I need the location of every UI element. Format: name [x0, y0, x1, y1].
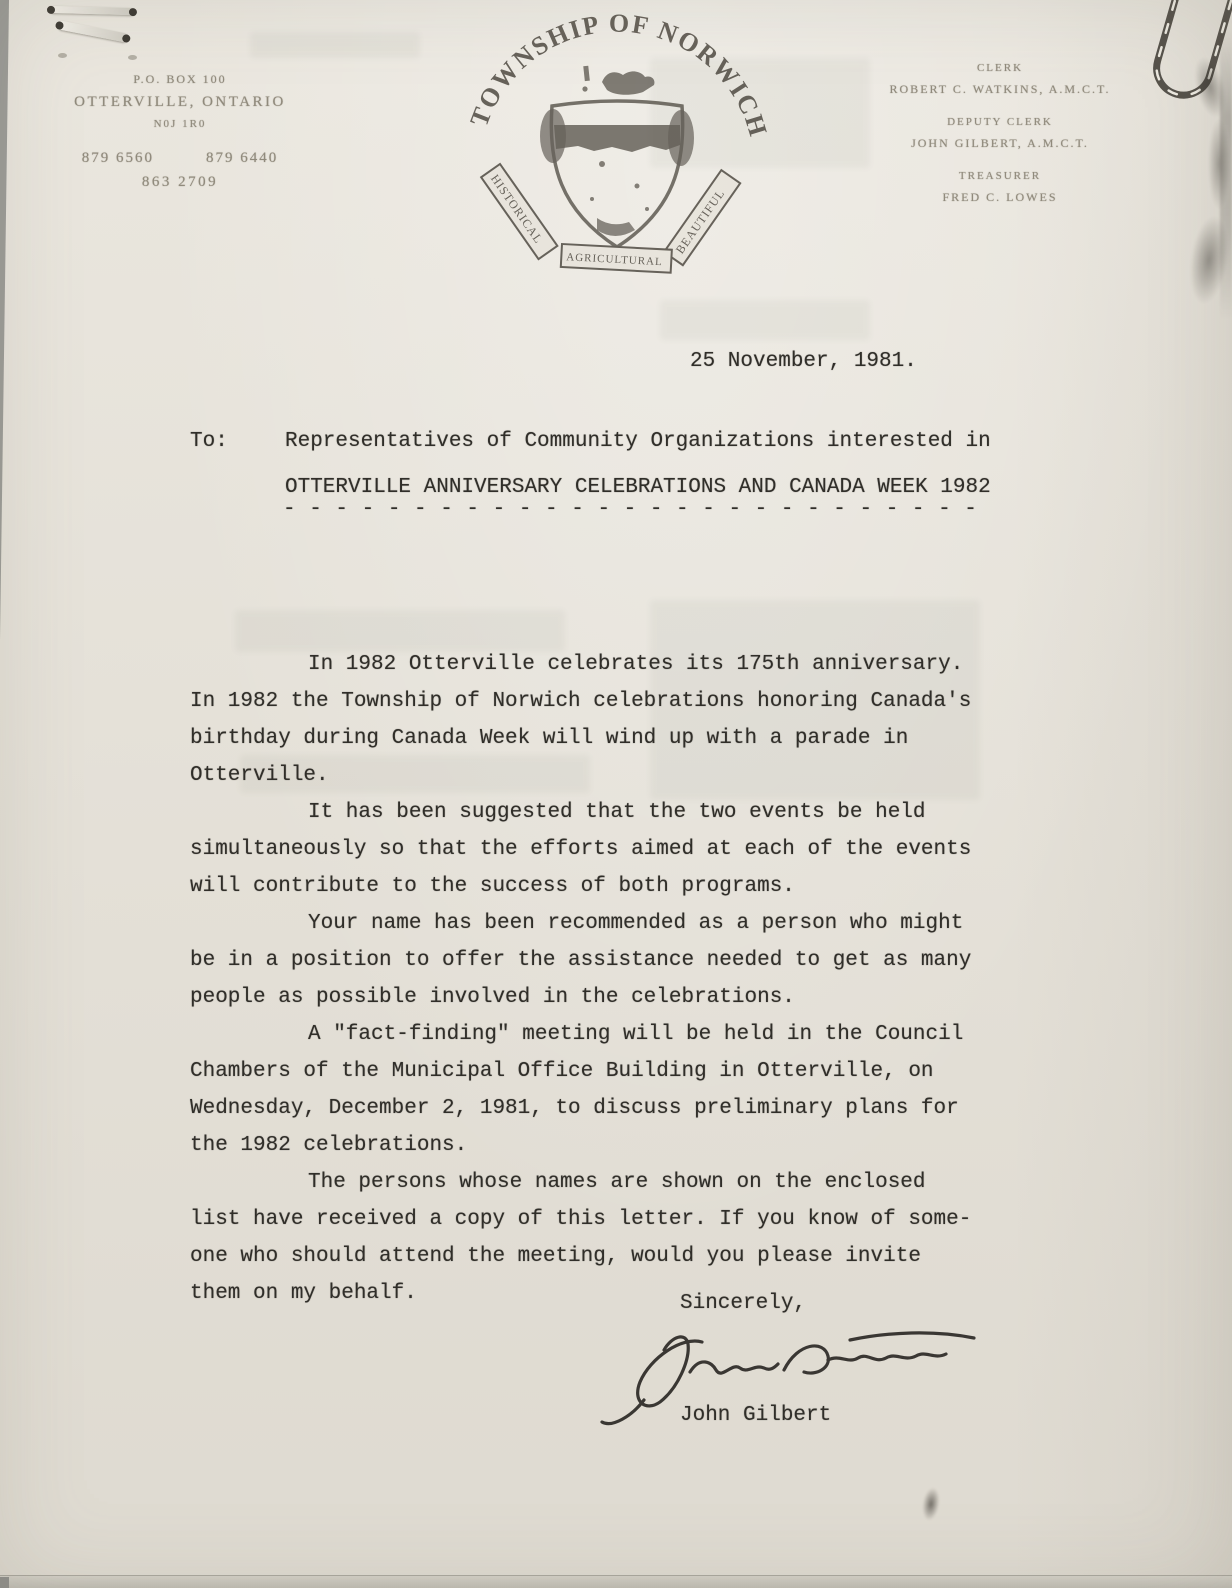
- crest-ribbon-right: BEAUTIFUL: [673, 186, 728, 256]
- subject-line: OTTERVILLE ANNIVERSARY CELEBRATIONS AND …: [285, 476, 991, 499]
- clerk-title: CLERK: [830, 58, 1170, 78]
- crest-ribbon-left: HISTORICAL: [488, 172, 546, 246]
- body-line: A "fact-finding" meeting will be held in…: [190, 1016, 1020, 1053]
- crest-shield: [540, 101, 694, 247]
- crest-ribbon: HISTORICAL BEAUTIFUL AGRICULTURAL: [481, 164, 740, 273]
- body-line: In 1982 Otterville celebrates its 175th …: [190, 646, 1020, 683]
- body-line: simultaneously so that the efforts aimed…: [190, 831, 1020, 868]
- page-bottom-edge: [0, 1575, 1232, 1588]
- deputy-clerk-name: JOHN GILBERT, A.M.C.T.: [830, 132, 1170, 154]
- body-line: will contribute to the success of both p…: [190, 868, 1020, 905]
- subject-underline: - - - - - - - - - - - - - - - - - - - - …: [283, 498, 977, 521]
- body-line: Your name has been recommended as a pers…: [190, 905, 1020, 942]
- letter-body: In 1982 Otterville celebrates its 175th …: [190, 646, 1020, 1312]
- clerk-name: ROBERT C. WATKINS, A.M.C.T.: [830, 78, 1170, 100]
- phone-number: 879 6440: [206, 146, 278, 170]
- body-line: In 1982 the Township of Norwich celebrat…: [190, 683, 1020, 720]
- typed-name: John Gilbert: [680, 1404, 831, 1427]
- postal-code: N0J 1R0: [30, 114, 330, 134]
- treasurer-name: FRED C. LOWES: [830, 186, 1170, 208]
- phone-number: 879 6560: [82, 146, 154, 170]
- body-line: Otterville.: [190, 757, 1020, 794]
- toner-smudge: [1184, 212, 1232, 308]
- scanner-edge-left: [0, 0, 15, 640]
- town: OTTERVILLE, ONTARIO: [30, 90, 330, 114]
- letterhead-address: P.O. BOX 100 OTTERVILLE, ONTARIO N0J 1R0…: [30, 68, 330, 194]
- treasurer-title: TREASURER: [830, 166, 1170, 186]
- staple-icon: [50, 6, 134, 15]
- body-line: Chambers of the Municipal Office Buildin…: [190, 1053, 1020, 1090]
- bleed-ghost: [660, 300, 870, 340]
- staple-hole-mark: [58, 53, 67, 58]
- phone-number: 863 2709: [30, 170, 330, 194]
- body-line: be in a position to offer the assistance…: [190, 942, 1020, 979]
- po-box: P.O. BOX 100: [30, 68, 330, 90]
- closing: Sincerely,: [680, 1292, 806, 1315]
- body-line: It has been suggested that the two event…: [190, 794, 1020, 831]
- scanned-letter-page: P.O. BOX 100 OTTERVILLE, ONTARIO N0J 1R0…: [0, 0, 1232, 1588]
- staple-icon: [58, 20, 128, 42]
- body-line: list have received a copy of this letter…: [190, 1201, 1020, 1238]
- crest-ornament: [582, 66, 654, 95]
- body-line: them on my behalf.: [190, 1275, 1020, 1312]
- bleed-ghost: [250, 32, 420, 58]
- body-line: birthday during Canada Week will wind up…: [190, 720, 1020, 757]
- body-line: Wednesday, December 2, 1981, to discuss …: [190, 1090, 1020, 1127]
- to-label: To:: [190, 430, 228, 453]
- body-line: the 1982 celebrations.: [190, 1127, 1020, 1164]
- township-crest: TOWNSHIP OF NORWICH HISTORICAL: [452, 4, 782, 276]
- scanner-corner: [0, 1577, 9, 1588]
- letterhead-officials: CLERK ROBERT C. WATKINS, A.M.C.T. DEPUTY…: [830, 58, 1170, 208]
- body-line: The persons whose names are shown on the…: [190, 1164, 1020, 1201]
- letter-date: 25 November, 1981.: [690, 350, 917, 373]
- to-line: Representatives of Community Organizatio…: [285, 430, 991, 453]
- deputy-clerk-title: DEPUTY CLERK: [830, 112, 1170, 132]
- staple-hole-mark: [128, 55, 137, 60]
- toner-smudge: [919, 1485, 942, 1523]
- body-line: one who should attend the meeting, would…: [190, 1238, 1020, 1275]
- body-line: people as possible involved in the celeb…: [190, 979, 1020, 1016]
